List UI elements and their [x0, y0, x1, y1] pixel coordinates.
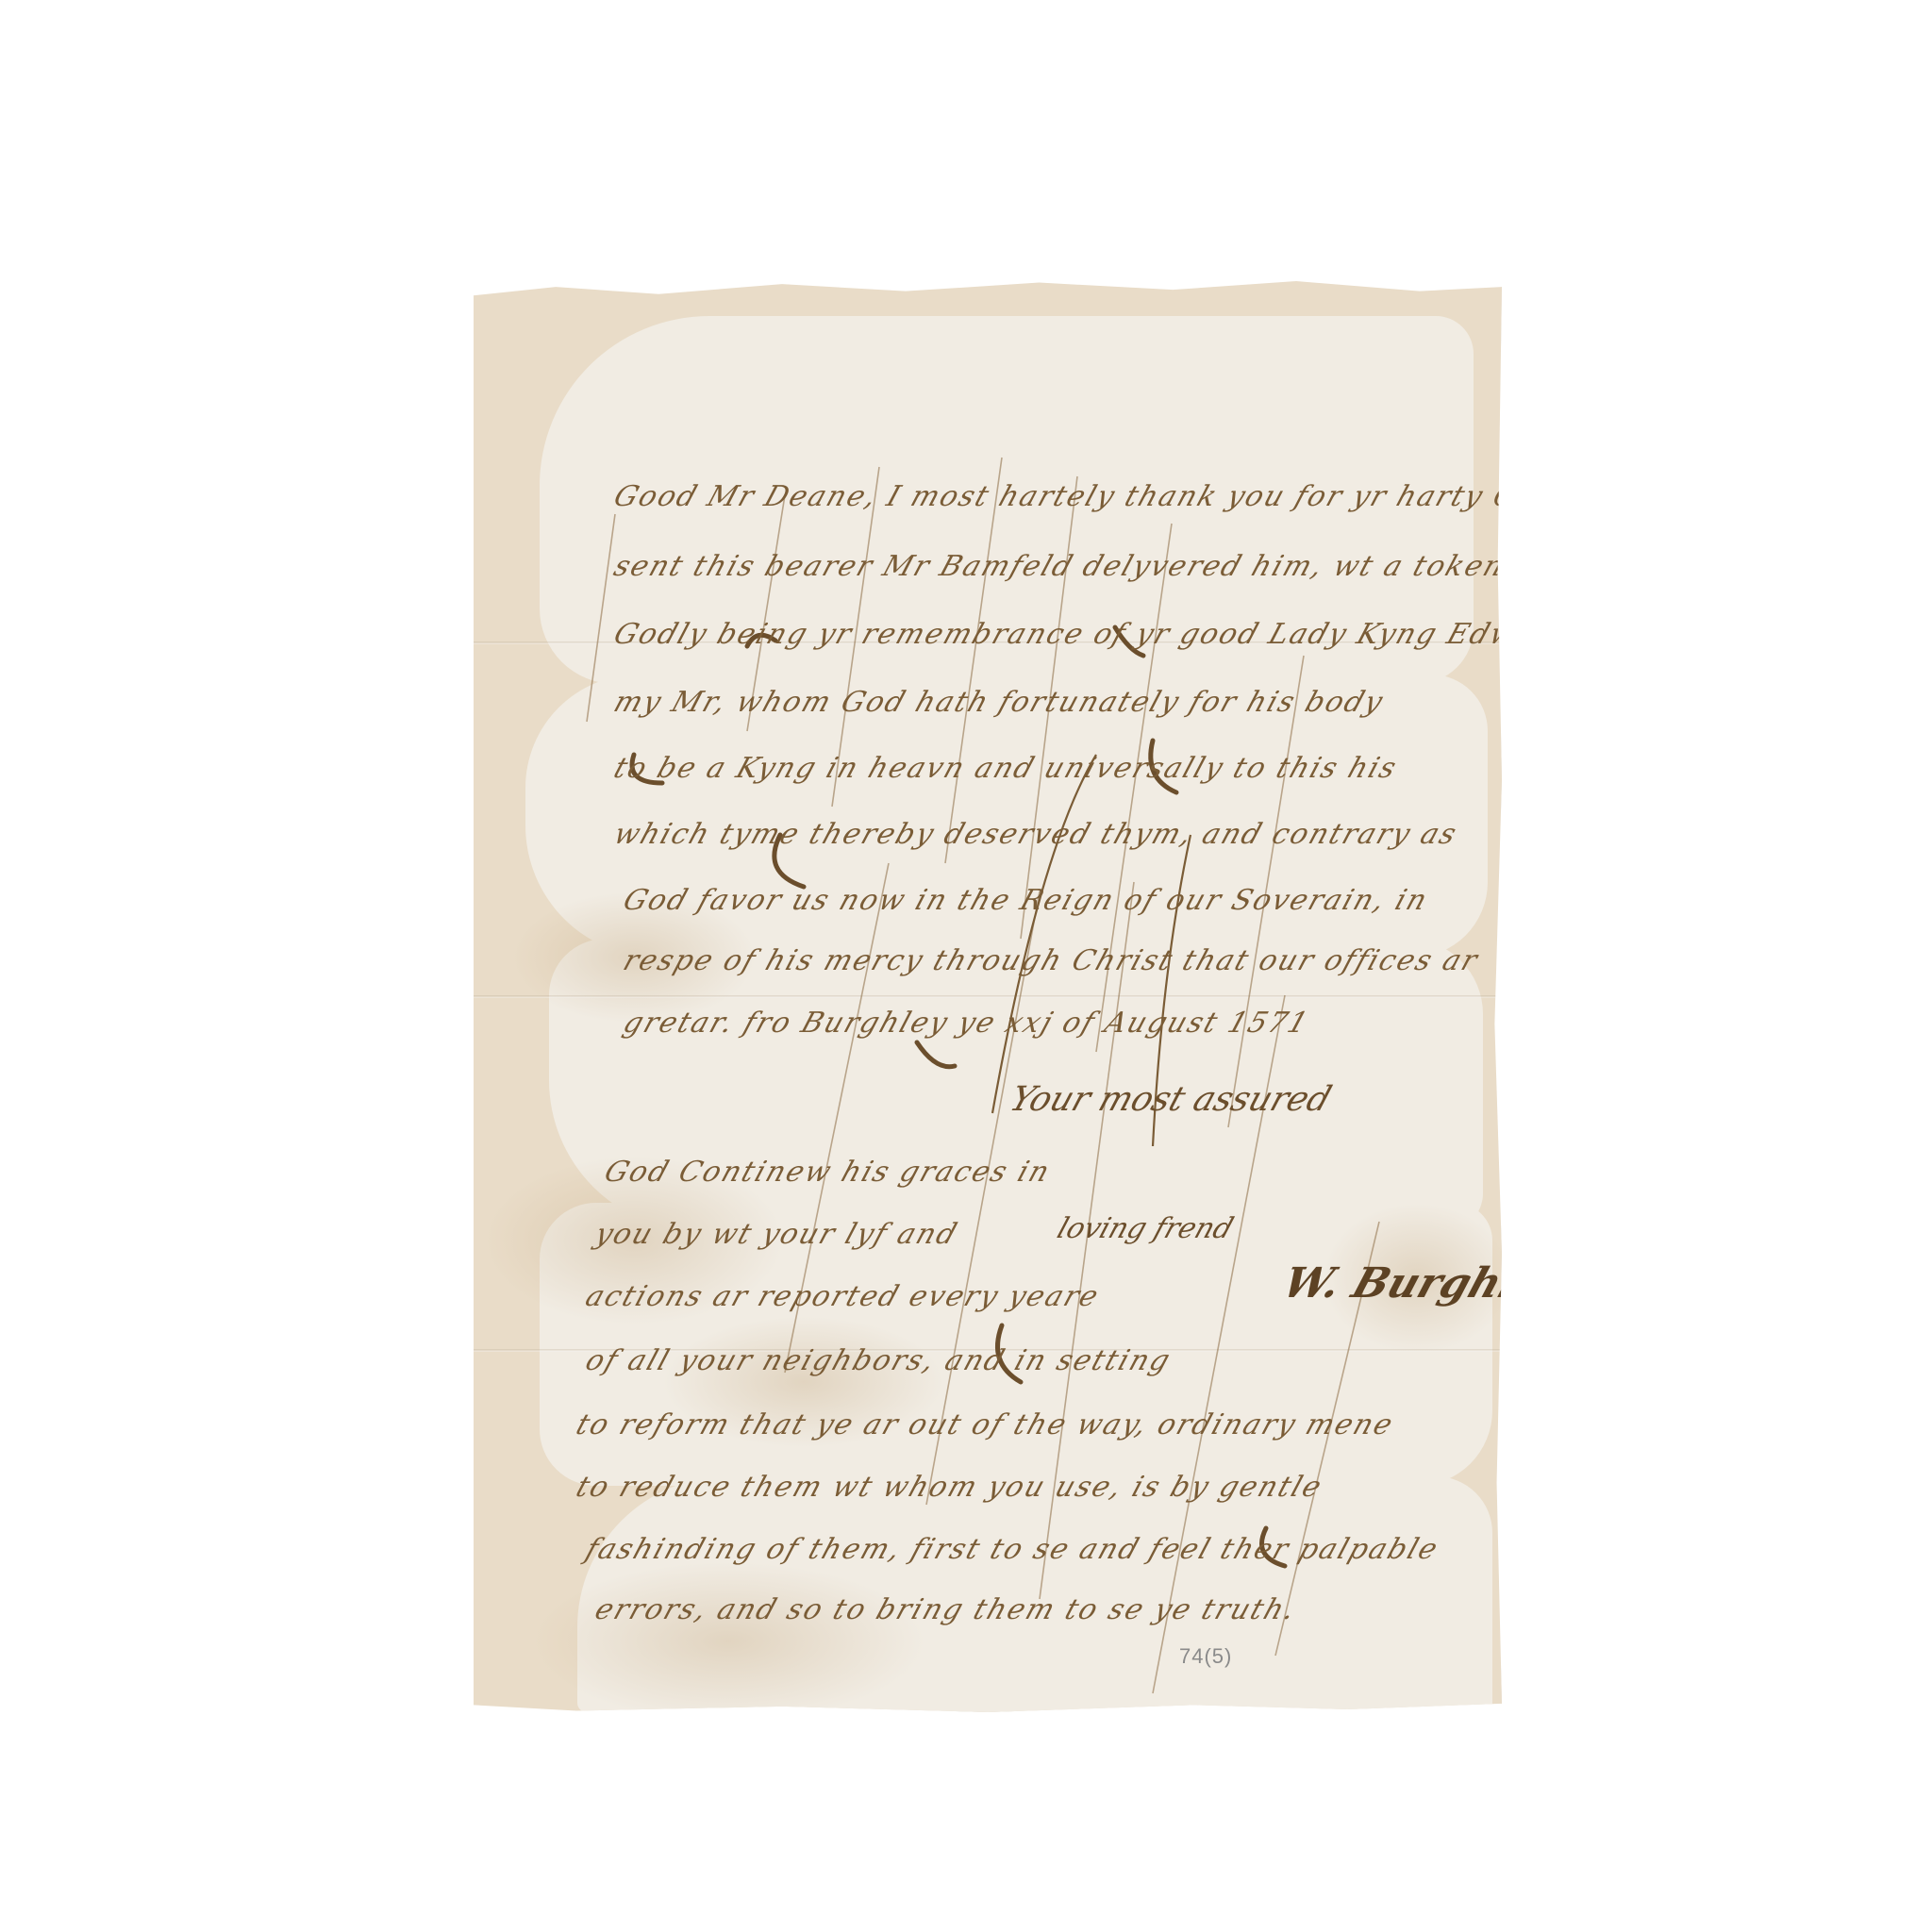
text-line-4: my Mr, whom God hath fortunately for his…	[609, 686, 1388, 719]
text-line-6: which tyme thereby deserved thym, and co…	[609, 818, 1462, 851]
fold-line	[474, 995, 1502, 998]
signature: W. Burghley	[1277, 1259, 1502, 1307]
closing-loving-friend: loving frend	[1053, 1212, 1237, 1245]
text-line-11: you by wt your lyf and	[591, 1218, 962, 1251]
text-line-12: actions ar reported every yeare	[581, 1280, 1104, 1313]
page-background: Good Mr Deane, I most hartely thank you …	[0, 0, 1932, 1932]
text-line-3: Godly being yr remembrance of yr good La…	[609, 618, 1502, 651]
water-stain	[530, 1561, 926, 1712]
text-line-15: to reduce them wt whom you use, is by ge…	[572, 1471, 1326, 1504]
text-line-8: respe of his mercy through Christ that o…	[619, 944, 1483, 977]
text-line-5: to be a Kyng in heavn and universally to…	[609, 752, 1402, 785]
text-line-7: God favor us now in the Reign of our Sov…	[619, 884, 1432, 917]
archive-pencil-mark: 74(5)	[1179, 1644, 1232, 1669]
text-line-10: God Continew his graces in	[600, 1156, 1055, 1189]
text-line-16: fashinding of them, first to se and feel…	[581, 1533, 1443, 1566]
manuscript-sheet: Good Mr Deane, I most hartely thank you …	[474, 278, 1502, 1712]
text-line-9-date: gretar. fro Burghley ye xxj of August 15…	[619, 1007, 1313, 1040]
text-line-17: errors, and so to bring them to se ye tr…	[591, 1593, 1301, 1626]
text-line-14: to reform that ye ar out of the way, ord…	[572, 1408, 1398, 1441]
closing-salutation: Your most assured	[1005, 1080, 1336, 1119]
text-line-2: sent this bearer Mr Bamfeld delyvered hi…	[609, 550, 1502, 583]
text-line-13: of all your neighbors, and in setting	[581, 1344, 1175, 1377]
text-line-1: Good Mr Deane, I most hartely thank you …	[609, 480, 1502, 513]
